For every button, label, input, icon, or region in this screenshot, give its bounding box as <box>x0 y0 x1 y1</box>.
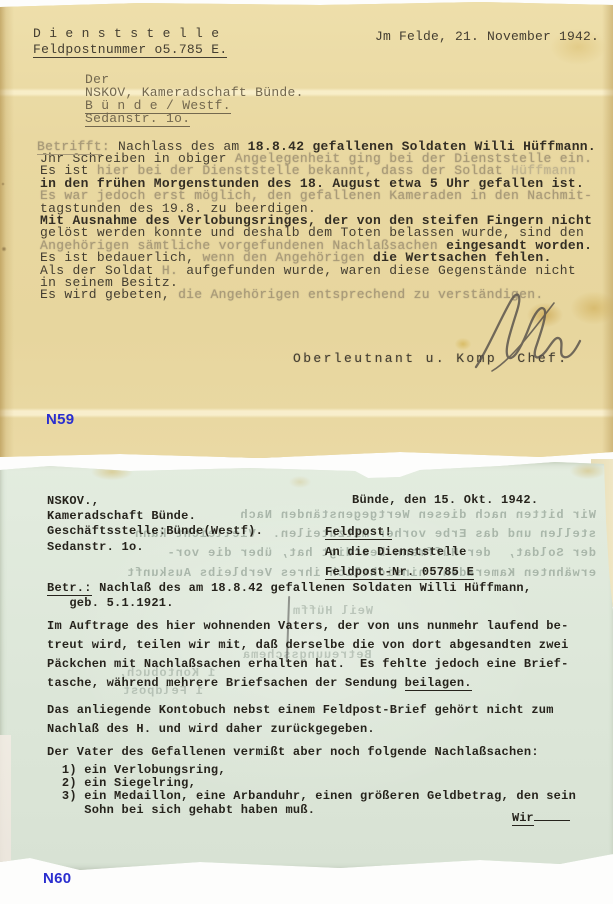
sender-address-block: NSKOV.,Kameradschaft Bünde.Geschäftsstel… <box>47 494 263 555</box>
text-line: treut wird, teilen wir mit, daß derselbe… <box>47 636 576 655</box>
text-line: Geschäftsstelle:Bünde(Westf). <box>47 524 263 539</box>
dateline: Jm Felde, 21. November 1942. <box>375 29 599 44</box>
letterhead-unit: D i e n s t s t e l l e <box>33 26 227 42</box>
paper-edge-tear <box>0 735 11 867</box>
page-break-catchword: Wir <box>512 811 570 825</box>
text-line: Im Auftrage des hier wohnenden Vaters, d… <box>47 617 576 636</box>
text-line: Der Vater des Gefallenen vermißt aber no… <box>47 743 576 762</box>
handwritten-signature <box>462 289 592 379</box>
text-line: NSKOV., <box>47 494 263 509</box>
recipient-block: Feldpost!An die DienststelleFeldpost-Nr.… <box>325 526 474 586</box>
text-line: Päckchen mit Nachlaßsachen erhalten hat.… <box>47 655 576 674</box>
text-line: Sedanstr. 1o. <box>47 540 263 555</box>
archive-label-n60: N60 <box>43 870 71 887</box>
text-line: Nachlaß des H. und wird daher zurückgege… <box>47 720 576 739</box>
text-line: Sohn bei sich gehabt haben muß. <box>47 804 576 817</box>
text-line: An die Dienststelle <box>325 546 474 559</box>
text-line: tasche, während mehrere Briefsachen der … <box>47 674 576 693</box>
text-line: Betrifft: Nachlass des am 18.8.42 gefall… <box>37 139 596 154</box>
letterhead: D i e n s t s t e l l e Feldpostnummer o… <box>33 26 227 58</box>
subject-line: Betrifft: Nachlass des am 18.8.42 gefall… <box>37 139 596 154</box>
scanned-letters-page: D i e n s t s t e l l e Feldpostnummer o… <box>0 0 613 904</box>
letter-nskov-1942: Wir bitten nach diesen Wertgegenständen … <box>0 462 613 872</box>
recipient-address-block: DerNSKOV, Kameradschaft Bünde.B ü n d e … <box>85 73 304 125</box>
text-line: Feldpost! <box>325 526 474 539</box>
signature-icon <box>462 289 592 374</box>
text-line: geb. 5.1.1921. <box>47 596 576 611</box>
text-line: Betr.: Nachlaß des am 18.8.42 gefallenen… <box>47 581 576 596</box>
letter-body: Betr.: Nachlaß des am 18.8.42 gefallenen… <box>47 581 576 817</box>
text-line: Das anliegende Kontobuch nebst einem Fel… <box>47 701 576 720</box>
letter-dienststelle-1942: D i e n s t s t e l l e Feldpostnummer o… <box>0 2 613 458</box>
archive-label-n59: N59 <box>46 411 74 428</box>
letterhead-feldpost-number: Feldpostnummer o5.785 E. <box>33 42 227 58</box>
letter-body: Jhr Schreiben in obiger Angelegenheit gi… <box>40 153 592 302</box>
underline-rule <box>534 820 570 821</box>
text-line: erwähnten Kameraden hinsichtlich ihres V… <box>28 564 596 583</box>
text-line: Kameradschaft Bünde. <box>47 509 263 524</box>
dateline: Bünde, den 15. Okt. 1942. <box>352 493 538 507</box>
text-line: Feldpost-Nr. 05785 E <box>325 566 474 579</box>
